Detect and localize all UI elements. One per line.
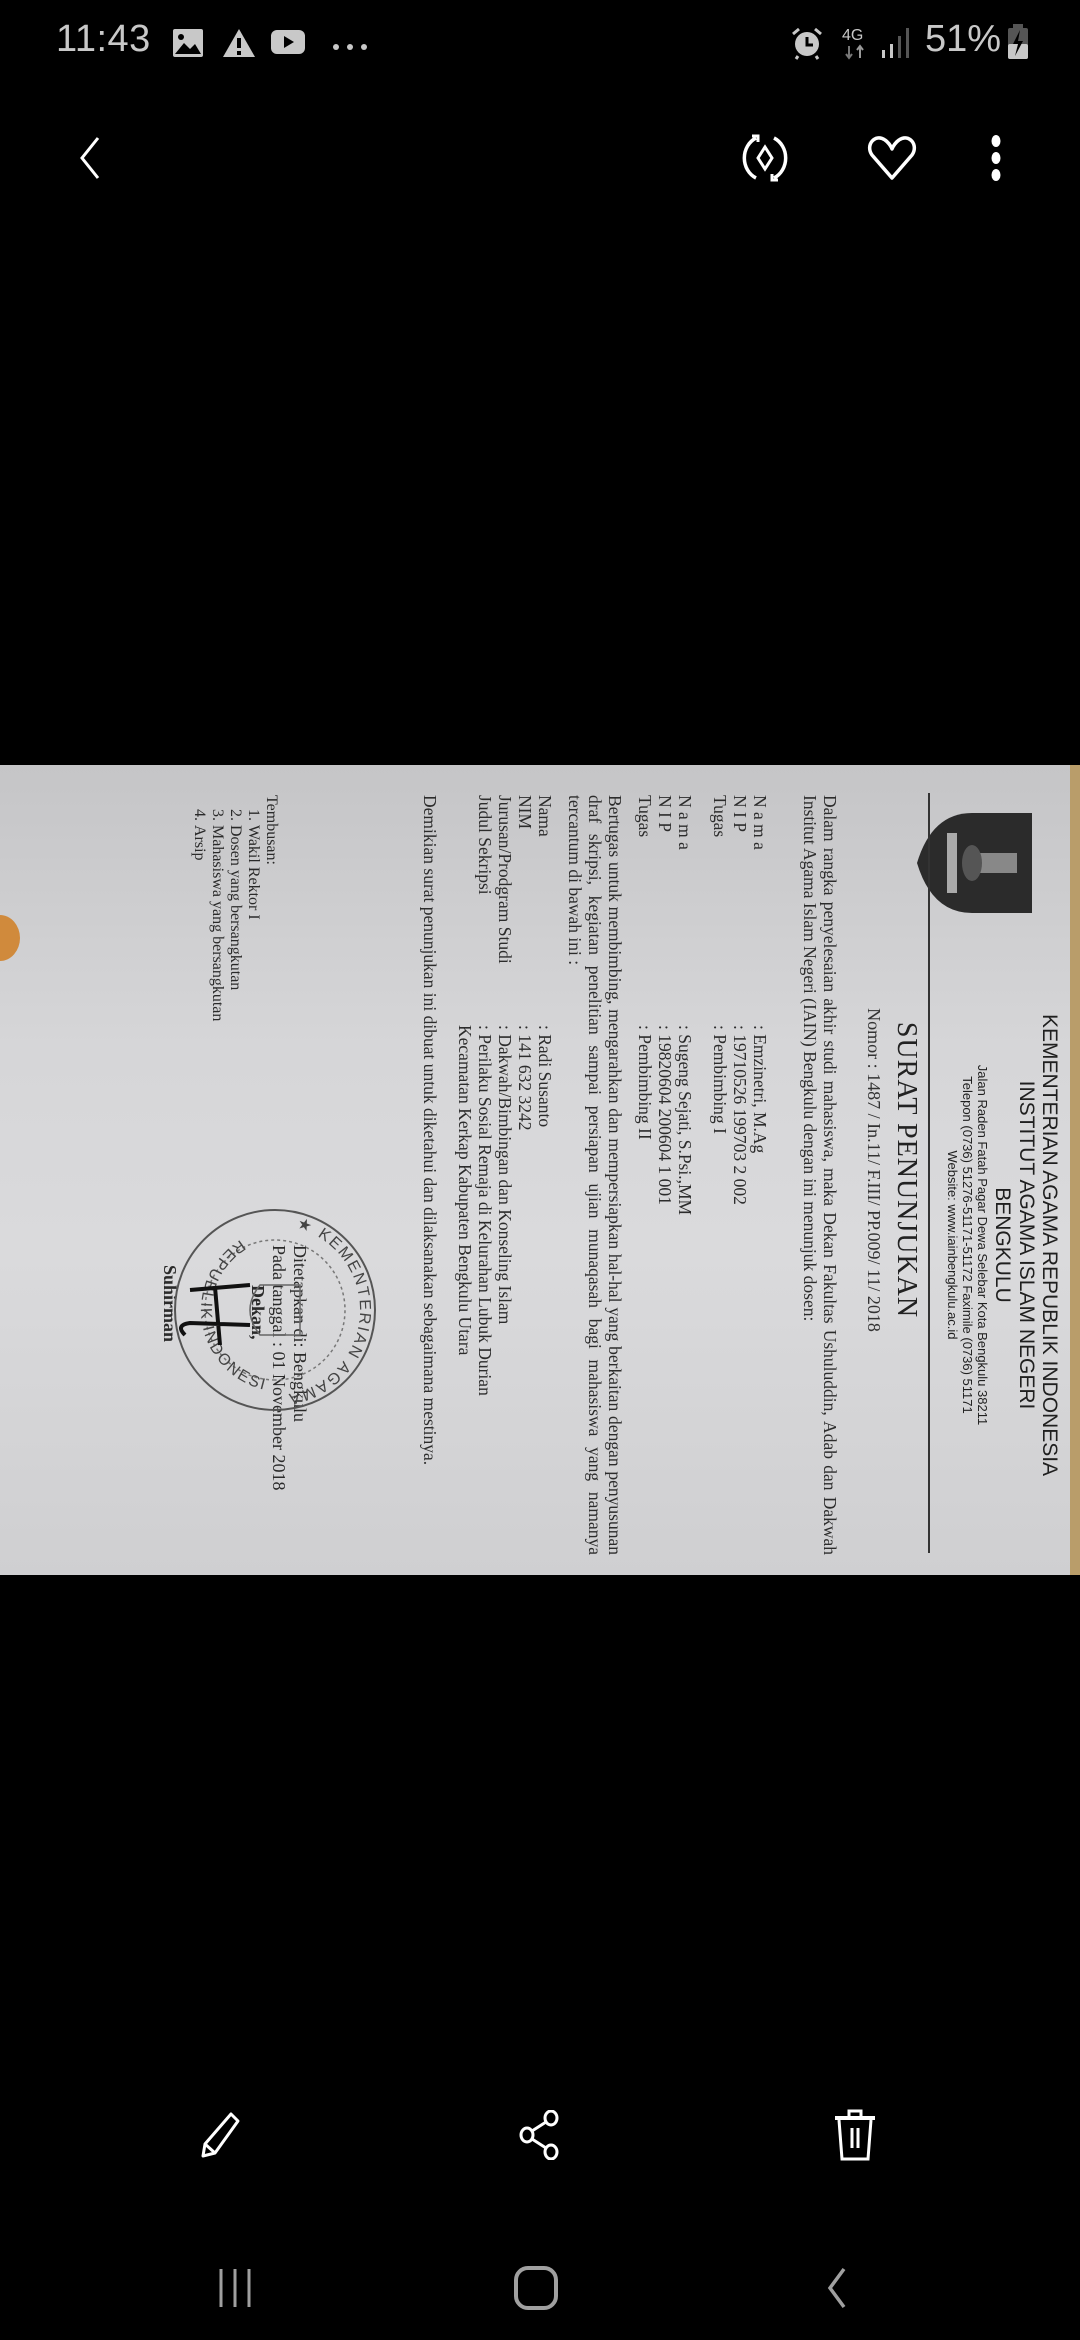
more-options-button[interactable] bbox=[966, 130, 1026, 190]
supervisor-2-task-row: Tugas: Pembimbing II bbox=[635, 795, 655, 1140]
edit-button[interactable] bbox=[186, 2102, 256, 2172]
ministry-name: KEMENTERIAN AGAMA REPUBLIK INDONESIA bbox=[1038, 945, 1060, 1545]
rotate-icon bbox=[739, 132, 791, 189]
cc-item: Arsip bbox=[190, 825, 208, 1021]
back-icon bbox=[824, 2266, 852, 2315]
alarm-icon bbox=[790, 26, 824, 65]
photo-viewer[interactable]: KEMENTERIAN AGAMA REPUBLIK INDONESIA INS… bbox=[0, 765, 1080, 1575]
delete-icon bbox=[833, 2108, 877, 2167]
closing-paragraph: Demikian surat penunjukan ini dibuat unt… bbox=[420, 795, 440, 1555]
edit-icon bbox=[197, 2111, 245, 2164]
more-notifications-icon bbox=[332, 38, 368, 56]
institution-phone: Telepon (0736) 51276-51171-51172 Faximil… bbox=[960, 945, 975, 1545]
back-button[interactable] bbox=[60, 130, 120, 190]
supervisor-2-nip-row: N I P: 19820604 200604 1 001 bbox=[655, 795, 675, 1205]
student-program-row: Jurusan/Prodgram Studi: Dakwah/Bimbingan… bbox=[495, 795, 515, 1324]
warning-icon bbox=[222, 28, 256, 63]
student-name-row: Nama: Radi Susanto bbox=[535, 795, 555, 1127]
favorite-button[interactable] bbox=[862, 130, 922, 190]
system-back-button[interactable] bbox=[798, 2258, 878, 2322]
gallery-icon bbox=[172, 28, 204, 63]
supervisor-2-name-row: N a m a: Sugeng Sejati, S.Psi.,MM bbox=[675, 795, 695, 1215]
share-icon bbox=[518, 2110, 562, 2165]
more-options-icon bbox=[990, 134, 1002, 187]
student-nim-row: NIM: 141 632 3242 bbox=[515, 795, 535, 1131]
delete-button[interactable] bbox=[820, 2102, 890, 2172]
network-4g-icon: 4G bbox=[842, 24, 868, 65]
viewer-action-bar bbox=[0, 2080, 1080, 2190]
letterhead-divider bbox=[928, 793, 930, 1553]
youtube-icon bbox=[271, 28, 305, 61]
battery-charging-icon bbox=[1007, 24, 1029, 65]
institution-website: Website: www.iainbengkulu.ac.id bbox=[945, 945, 960, 1545]
recent-apps-icon bbox=[215, 2267, 255, 2314]
supervisor-1-task-row: Tugas: Pembimbing I bbox=[710, 795, 730, 1134]
status-bar: 11:43 4G 51% bbox=[0, 0, 1080, 84]
favorite-heart-icon bbox=[867, 135, 917, 186]
back-icon bbox=[76, 135, 104, 186]
institution-city: BENGKULU bbox=[990, 945, 1014, 1545]
institution-logo bbox=[912, 803, 1042, 923]
letterhead: KEMENTERIAN AGAMA REPUBLIK INDONESIA INS… bbox=[945, 945, 1060, 1545]
institution-name: INSTITUT AGAMA ISLAM NEGERI bbox=[1014, 945, 1038, 1545]
system-navigation-bar bbox=[0, 2240, 1080, 2340]
task-paragraph: Bertugas untuk membimbing, mengarahkan d… bbox=[565, 795, 625, 1555]
svg-text:★ KEMENTERIAN AGAMA: ★ KEMENTERIAN AGAMA bbox=[286, 1215, 374, 1407]
finger bbox=[0, 915, 20, 961]
desk-edge bbox=[1070, 765, 1080, 1575]
cc-item: Mahasiswa yang bersangkutan bbox=[208, 825, 226, 1021]
document-title: SURAT PENUNJUKAN bbox=[890, 765, 922, 1575]
cc-heading: Tembusan: bbox=[262, 795, 280, 1021]
home-button[interactable] bbox=[496, 2258, 576, 2322]
institution-address: Jalan Raden Fatah Pagar Dewa Selebar Kot… bbox=[975, 945, 990, 1545]
clock: 11:43 bbox=[56, 18, 151, 61]
supervisor-1-nip-row: N I P: 19710526 199703 2 002 bbox=[730, 795, 750, 1205]
document-number: Nomor : 1487 / In.11/ F.III/ PP.009/ 11/… bbox=[863, 765, 884, 1575]
cc-item: Wakil Rektor I bbox=[244, 825, 262, 1021]
student-thesis-row-cont: Kecamatan Kerkap Kabupaten Bengkulu Utar… bbox=[455, 795, 475, 1355]
rotate-button[interactable] bbox=[735, 130, 795, 190]
signal-icon bbox=[880, 26, 910, 65]
home-icon bbox=[513, 2265, 559, 2316]
official-stamp: ★ KEMENTERIAN AGAMA REPUBLIK INDONESIA bbox=[200, 1195, 390, 1425]
cc-item: Dosen yang bersangkutan bbox=[226, 825, 244, 1021]
share-button[interactable] bbox=[505, 2102, 575, 2172]
recent-apps-button[interactable] bbox=[195, 2258, 275, 2322]
cc-list: Tembusan: Wakil Rektor I Dosen yang bers… bbox=[190, 795, 280, 1021]
svg-text:4G: 4G bbox=[842, 27, 863, 44]
document-photo: KEMENTERIAN AGAMA REPUBLIK INDONESIA INS… bbox=[0, 765, 1080, 1575]
intro-paragraph: Dalam rangka penyelesaian akhir studi ma… bbox=[800, 795, 840, 1555]
viewer-top-bar bbox=[0, 100, 1080, 220]
student-thesis-row: Judul Sekripsi: Perilaku Sosial Remaja d… bbox=[475, 795, 495, 1396]
battery-percent: 51% bbox=[925, 18, 1001, 61]
supervisor-1-name-row: N a m a: Emzinetri, M.Ag bbox=[750, 795, 770, 1153]
